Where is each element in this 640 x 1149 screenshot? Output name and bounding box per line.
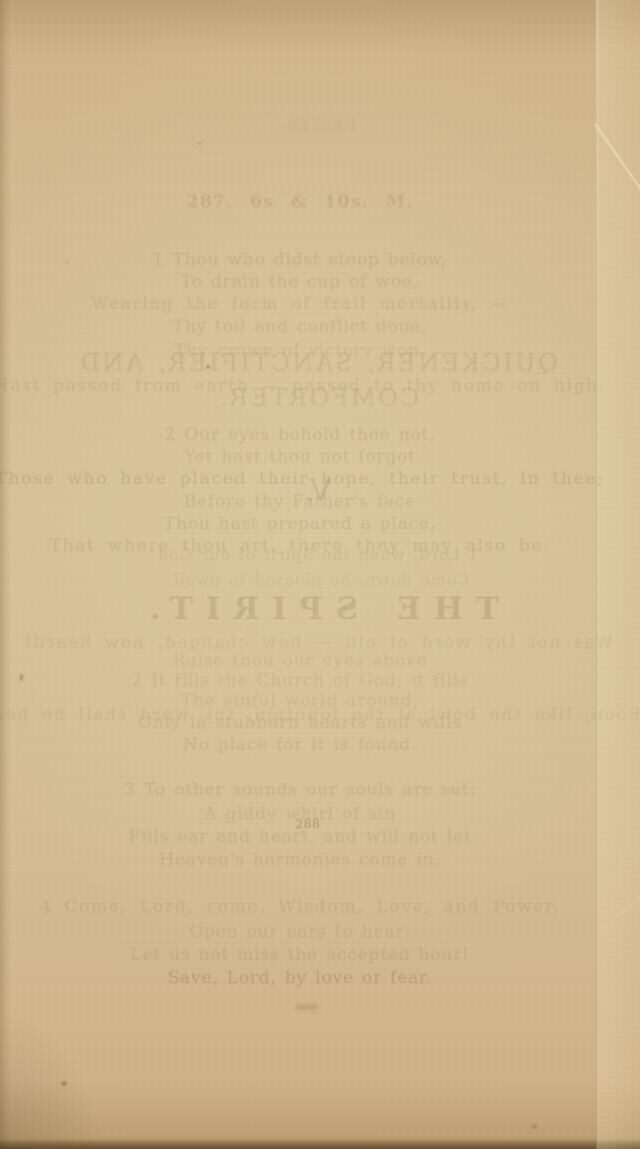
ghost-hymn-number: 287. 6s & 10s. M.: [0, 192, 640, 212]
ghost-verse-line: Thy toil and conflict done,: [0, 317, 640, 337]
ghost-verse-line: 2 It fills the Church of God; it fills: [0, 671, 640, 691]
ghost-verse-line: Yet hast thou not forgot: [0, 447, 640, 467]
ghost-verse-line: Raise thou our eyes above: [0, 651, 640, 671]
ghost-verse-line: Open our ears to hear;: [0, 922, 640, 942]
ink-speck: [66, 260, 69, 263]
ghost-section-subtitle-mirrored: COMFORTER.: [0, 384, 640, 412]
ghost-verse-line: Wearing the form of frail mortality, —: [0, 294, 640, 314]
ghost-section-numeral-mirrored: V.: [0, 474, 640, 509]
ghost-section-title-mirrored: THE SPIRIT.: [0, 591, 640, 627]
ghost-verse-line: 2 Our eyes behold thee not,: [0, 425, 640, 445]
ghost-verse-line: Heaven's harmonies come in.: [0, 850, 640, 870]
ink-speck: [206, 365, 210, 369]
ghost-verse-line-mirrored: Soon, like the bowl at the fountain, thy…: [0, 705, 640, 725]
ink-speck: [531, 1124, 537, 1129]
book-page: 287. 6s & 10s. M. 1 Thou who didst stoop…: [0, 0, 640, 1149]
ink-speck: [61, 1081, 67, 1086]
corner-shadow: [0, 989, 120, 1149]
ghost-verse-line: 4 Come, Lord, come, Wisdom, Love, and Po…: [0, 897, 640, 917]
ink-speck: [198, 142, 201, 145]
ghost-verse-line: No place for it is found.: [0, 735, 640, 755]
ghost-verse-line: 3 To other sounds our souls are set:: [0, 780, 640, 800]
ghost-running-head-mirrored: PRAYER.: [0, 118, 640, 134]
ghost-verse-line: Thou hast prepared a place,: [0, 514, 640, 534]
page-top-shading: [0, 0, 640, 46]
ghost-verse-line: 1 Thou who didst stoop below,: [0, 250, 640, 270]
ghost-verse-line: Save, Lord, by love or fear.: [0, 968, 640, 988]
ghost-section-subtitle-mirrored: QUICKENER, SANCTIFIER, AND: [0, 349, 640, 377]
ghost-verse-line-mirrored: Was not thy word of old — how changed, h…: [0, 633, 640, 653]
ghost-page-number: 288: [0, 817, 640, 831]
ink-speck: [20, 674, 23, 681]
ghost-verse-line: To drain the cup of woe,: [0, 272, 640, 292]
ghost-verse-line: Let us not miss the accepted hour!: [0, 945, 640, 965]
ghost-verse-line-mirrored: Come down, be pleased to dwell,: [0, 570, 640, 589]
ghost-verse-line-mirrored: 1 Lord, when the Spirit of our God: [0, 545, 640, 564]
ink-smudge: [296, 1004, 318, 1010]
page-bottom-edge: [0, 1139, 640, 1149]
